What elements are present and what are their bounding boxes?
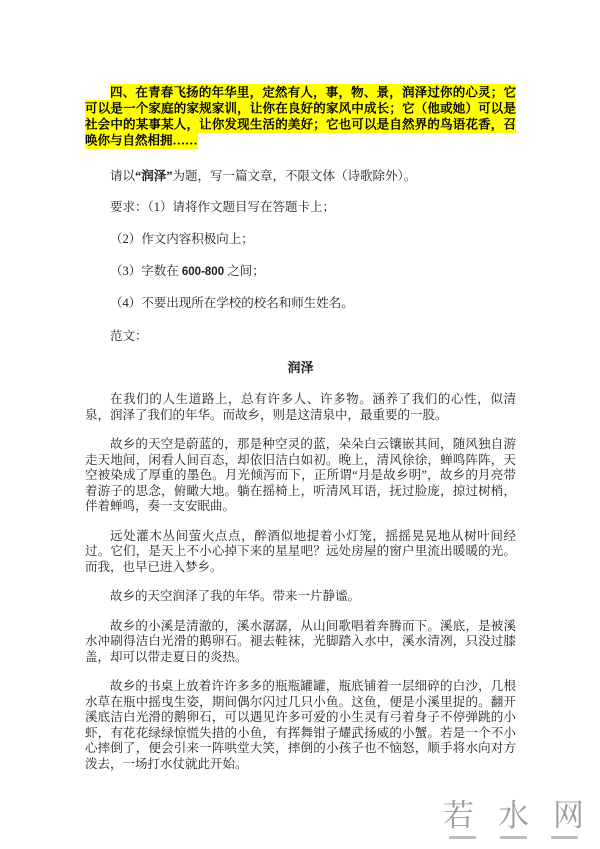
watermark-subtext-bars	[443, 836, 584, 839]
requirement-text: （3）字数在	[110, 264, 182, 278]
highlighted-prompt-text: 四、在青春飞扬的年华里，定然有人，事，物、景，润泽过你的心灵；它可以是一个家庭的…	[85, 84, 516, 149]
essay-title: 润泽	[85, 360, 516, 376]
requirement-bold: 600-800	[182, 266, 224, 278]
requirement-item-3: （3）字数在 600-800 之间；	[85, 264, 516, 280]
watermark: 若水网	[443, 799, 584, 839]
sample-essay-label: 范文：	[85, 328, 516, 344]
watermark-subtext-bar	[500, 836, 527, 839]
topic-title-inline: “润泽”	[135, 169, 173, 183]
requirement-item-4: （4）不要出现所在学校的校名和师生姓名。	[85, 296, 516, 312]
essay-paragraph-3: 远处灌木丛间萤火点点，醉酒似地提着小灯笼，摇摇晃晃地从树叶间经过。它们，是天上不…	[85, 529, 516, 576]
requirement-text: （2）作文内容积极向上；	[110, 232, 254, 246]
essay-paragraph-6: 故乡的书桌上放着许许多多的瓶瓶罐罐，瓶底铺着一层细碎的白沙，几根水草在瓶中摇曳生…	[85, 679, 516, 772]
topic-instruction-post: 为题，写一篇文章，不限文体（诗歌除外）。	[173, 169, 417, 183]
requirement-text: （4）不要出现所在学校的校名和师生姓名。	[110, 296, 354, 310]
essay-paragraph-5: 故乡的小溪是清澈的，溪水潺潺，从山间歌唱着奔腾而下。溪底，是被溪水冲刷得洁白光滑…	[85, 619, 516, 666]
topic-instruction: 请以“润泽”为题，写一篇文章，不限文体（诗歌除外）。	[85, 168, 516, 184]
requirement-text-post: 之间；	[224, 264, 265, 278]
topic-instruction-pre: 请以	[110, 169, 135, 183]
essay-paragraph-2: 故乡的天空是蔚蓝的，那是种空灵的蓝，朵朵白云镶嵌其间，随风独自游走天地间，闲看人…	[85, 437, 516, 515]
document-page: 四、在青春飞扬的年华里，定然有人，事，物、景，润泽过你的心灵；它可以是一个家庭的…	[0, 0, 600, 849]
requirement-item-2: （2）作文内容积极向上；	[85, 232, 516, 248]
essay-paragraph-1: 在我们的人生道路上，总有许多人、许多物。涵养了我们的心性，似清泉，润泽了我们的年…	[85, 392, 516, 423]
requirement-text: 要求：（1）请将作文题目写在答题卡上；	[110, 200, 335, 214]
requirement-item-1: 要求：（1）请将作文题目写在答题卡上；	[85, 200, 516, 216]
essay-paragraph-4: 故乡的天空润泽了我的年华。带来一片静谧。	[85, 589, 516, 605]
watermark-logo-text: 若水网	[443, 799, 600, 833]
watermark-subtext-bar	[551, 836, 578, 839]
prompt-paragraph: 四、在青春飞扬的年华里，定然有人，事，物、景，润泽过你的心灵；它可以是一个家庭的…	[85, 84, 516, 148]
watermark-subtext-bar	[449, 836, 476, 839]
